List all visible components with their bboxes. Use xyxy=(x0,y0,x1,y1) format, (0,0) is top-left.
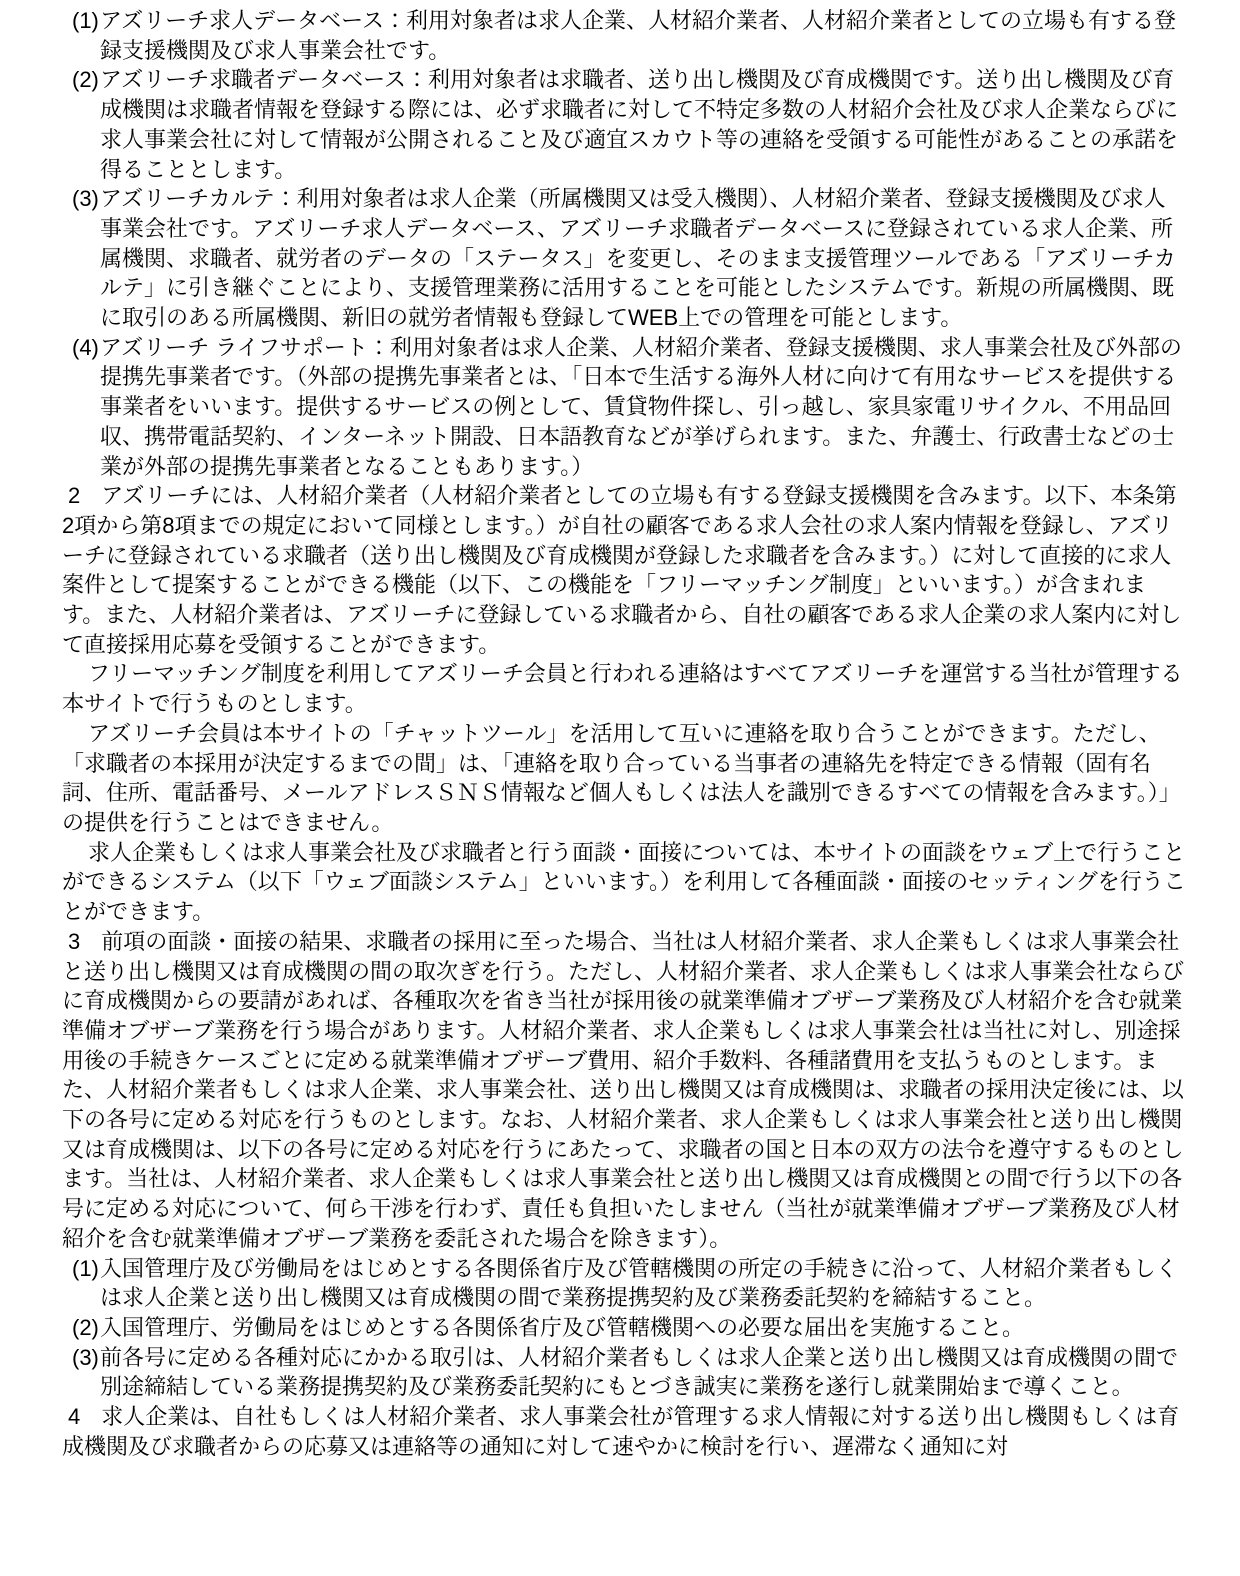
paragraph-chat-tool: アズリーチ会員は本サイトの「チャットツール」を活用して互いに連絡を取り合うことが… xyxy=(62,719,1186,838)
clause-paragraph-3: 3前項の面談・面接の結果、求職者の採用に至った場合、当社は人材紹介業者、求人企業… xyxy=(62,927,1186,1254)
paragraph-text: アズリーチ会員は本サイトの「チャットツール」を活用して互いに連絡を取り合うことが… xyxy=(62,721,1181,835)
list-item-2: (2)アズリーチ求職者データベース：利用対象者は求職者、送り出し機関及び育成機関… xyxy=(62,65,1186,184)
paragraph-text: 求人企業もしくは求人事業会社及び求職者と行う面談・面接については、本サイトの面談… xyxy=(62,840,1186,924)
sub-item-3: (3)前各号に定める各種対応にかかる取引は、人材紹介業者もしくは求人企業と送り出… xyxy=(62,1343,1186,1402)
list-item-marker: (1) xyxy=(62,6,100,36)
document-page: (1)アズリーチ求人データベース：利用対象者は求人企業、人材紹介業者、人材紹介業… xyxy=(0,0,1240,1576)
list-item-marker: (2) xyxy=(62,1313,100,1343)
list-item-marker: (4) xyxy=(62,333,100,363)
list-item-4: (4)アズリーチ ライフサポート：利用対象者は求人企業、人材紹介業者、登録支援機… xyxy=(62,333,1186,482)
paragraph-web-interview: 求人企業もしくは求人事業会社及び求職者と行う面談・面接については、本サイトの面談… xyxy=(62,838,1186,927)
clause-number: 3 xyxy=(68,929,80,954)
clause-paragraph-4: 4求人企業は、自社もしくは人材紹介業者、求人事業会社が管理する求人情報に対する送… xyxy=(62,1402,1186,1461)
list-item-marker: (1) xyxy=(62,1254,100,1284)
list-item-text: 入国管理庁、労働局をはじめとする各関係省庁及び管轄機関への必要な届出を実施するこ… xyxy=(100,1315,1024,1340)
paragraph-text: フリーマッチング制度を利用してアズリーチ会員と行われる連絡はすべてアズリーチを運… xyxy=(62,661,1183,716)
clause-number: 4 xyxy=(68,1404,80,1429)
clause-paragraph-2: 2アズリーチには、人材紹介業者（人材紹介業者としての立場も有する登録支援機関を含… xyxy=(62,481,1186,659)
clause-text: 求人企業は、自社もしくは人材紹介業者、求人事業会社が管理する求人情報に対する送り… xyxy=(62,1404,1179,1459)
paragraph-free-matching: フリーマッチング制度を利用してアズリーチ会員と行われる連絡はすべてアズリーチを運… xyxy=(62,659,1186,718)
list-item-text: アズリーチカルテ：利用対象者は求人企業（所属機関又は受入機関）、人材紹介業者、登… xyxy=(100,186,1176,330)
clause-text: 前項の面談・面接の結果、求職者の採用に至った場合、当社は人材紹介業者、求人企業も… xyxy=(62,929,1184,1251)
list-item-text: アズリーチ ライフサポート：利用対象者は求人企業、人材紹介業者、登録支援機関、求… xyxy=(100,335,1182,479)
list-item-text: 入国管理庁及び労働局をはじめとする各関係省庁及び管轄機関の所定の手続きに沿って、… xyxy=(100,1256,1178,1311)
list-item-marker: (3) xyxy=(62,184,100,214)
sub-item-1: (1)入国管理庁及び労働局をはじめとする各関係省庁及び管轄機関の所定の手続きに沿… xyxy=(62,1254,1186,1313)
sub-item-2: (2)入国管理庁、労働局をはじめとする各関係省庁及び管轄機関への必要な届出を実施… xyxy=(62,1313,1186,1343)
list-item-text: アズリーチ求人データベース：利用対象者は求人企業、人材紹介業者、人材紹介業者とし… xyxy=(100,8,1176,63)
list-item-text: アズリーチ求職者データベース：利用対象者は求職者、送り出し機関及び育成機関です。… xyxy=(100,67,1178,181)
list-item-text: 前各号に定める各種対応にかかる取引は、人材紹介業者もしくは求人企業と送り出し機関… xyxy=(100,1345,1178,1400)
list-item-3: (3)アズリーチカルテ：利用対象者は求人企業（所属機関又は受入機関）、人材紹介業… xyxy=(62,184,1186,333)
clause-number: 2 xyxy=(68,483,80,508)
list-item-marker: (2) xyxy=(62,65,100,95)
clause-text: アズリーチには、人材紹介業者（人材紹介業者としての立場も有する登録支援機関を含み… xyxy=(62,483,1181,657)
list-item-1: (1)アズリーチ求人データベース：利用対象者は求人企業、人材紹介業者、人材紹介業… xyxy=(62,6,1186,65)
list-item-marker: (3) xyxy=(62,1343,100,1373)
